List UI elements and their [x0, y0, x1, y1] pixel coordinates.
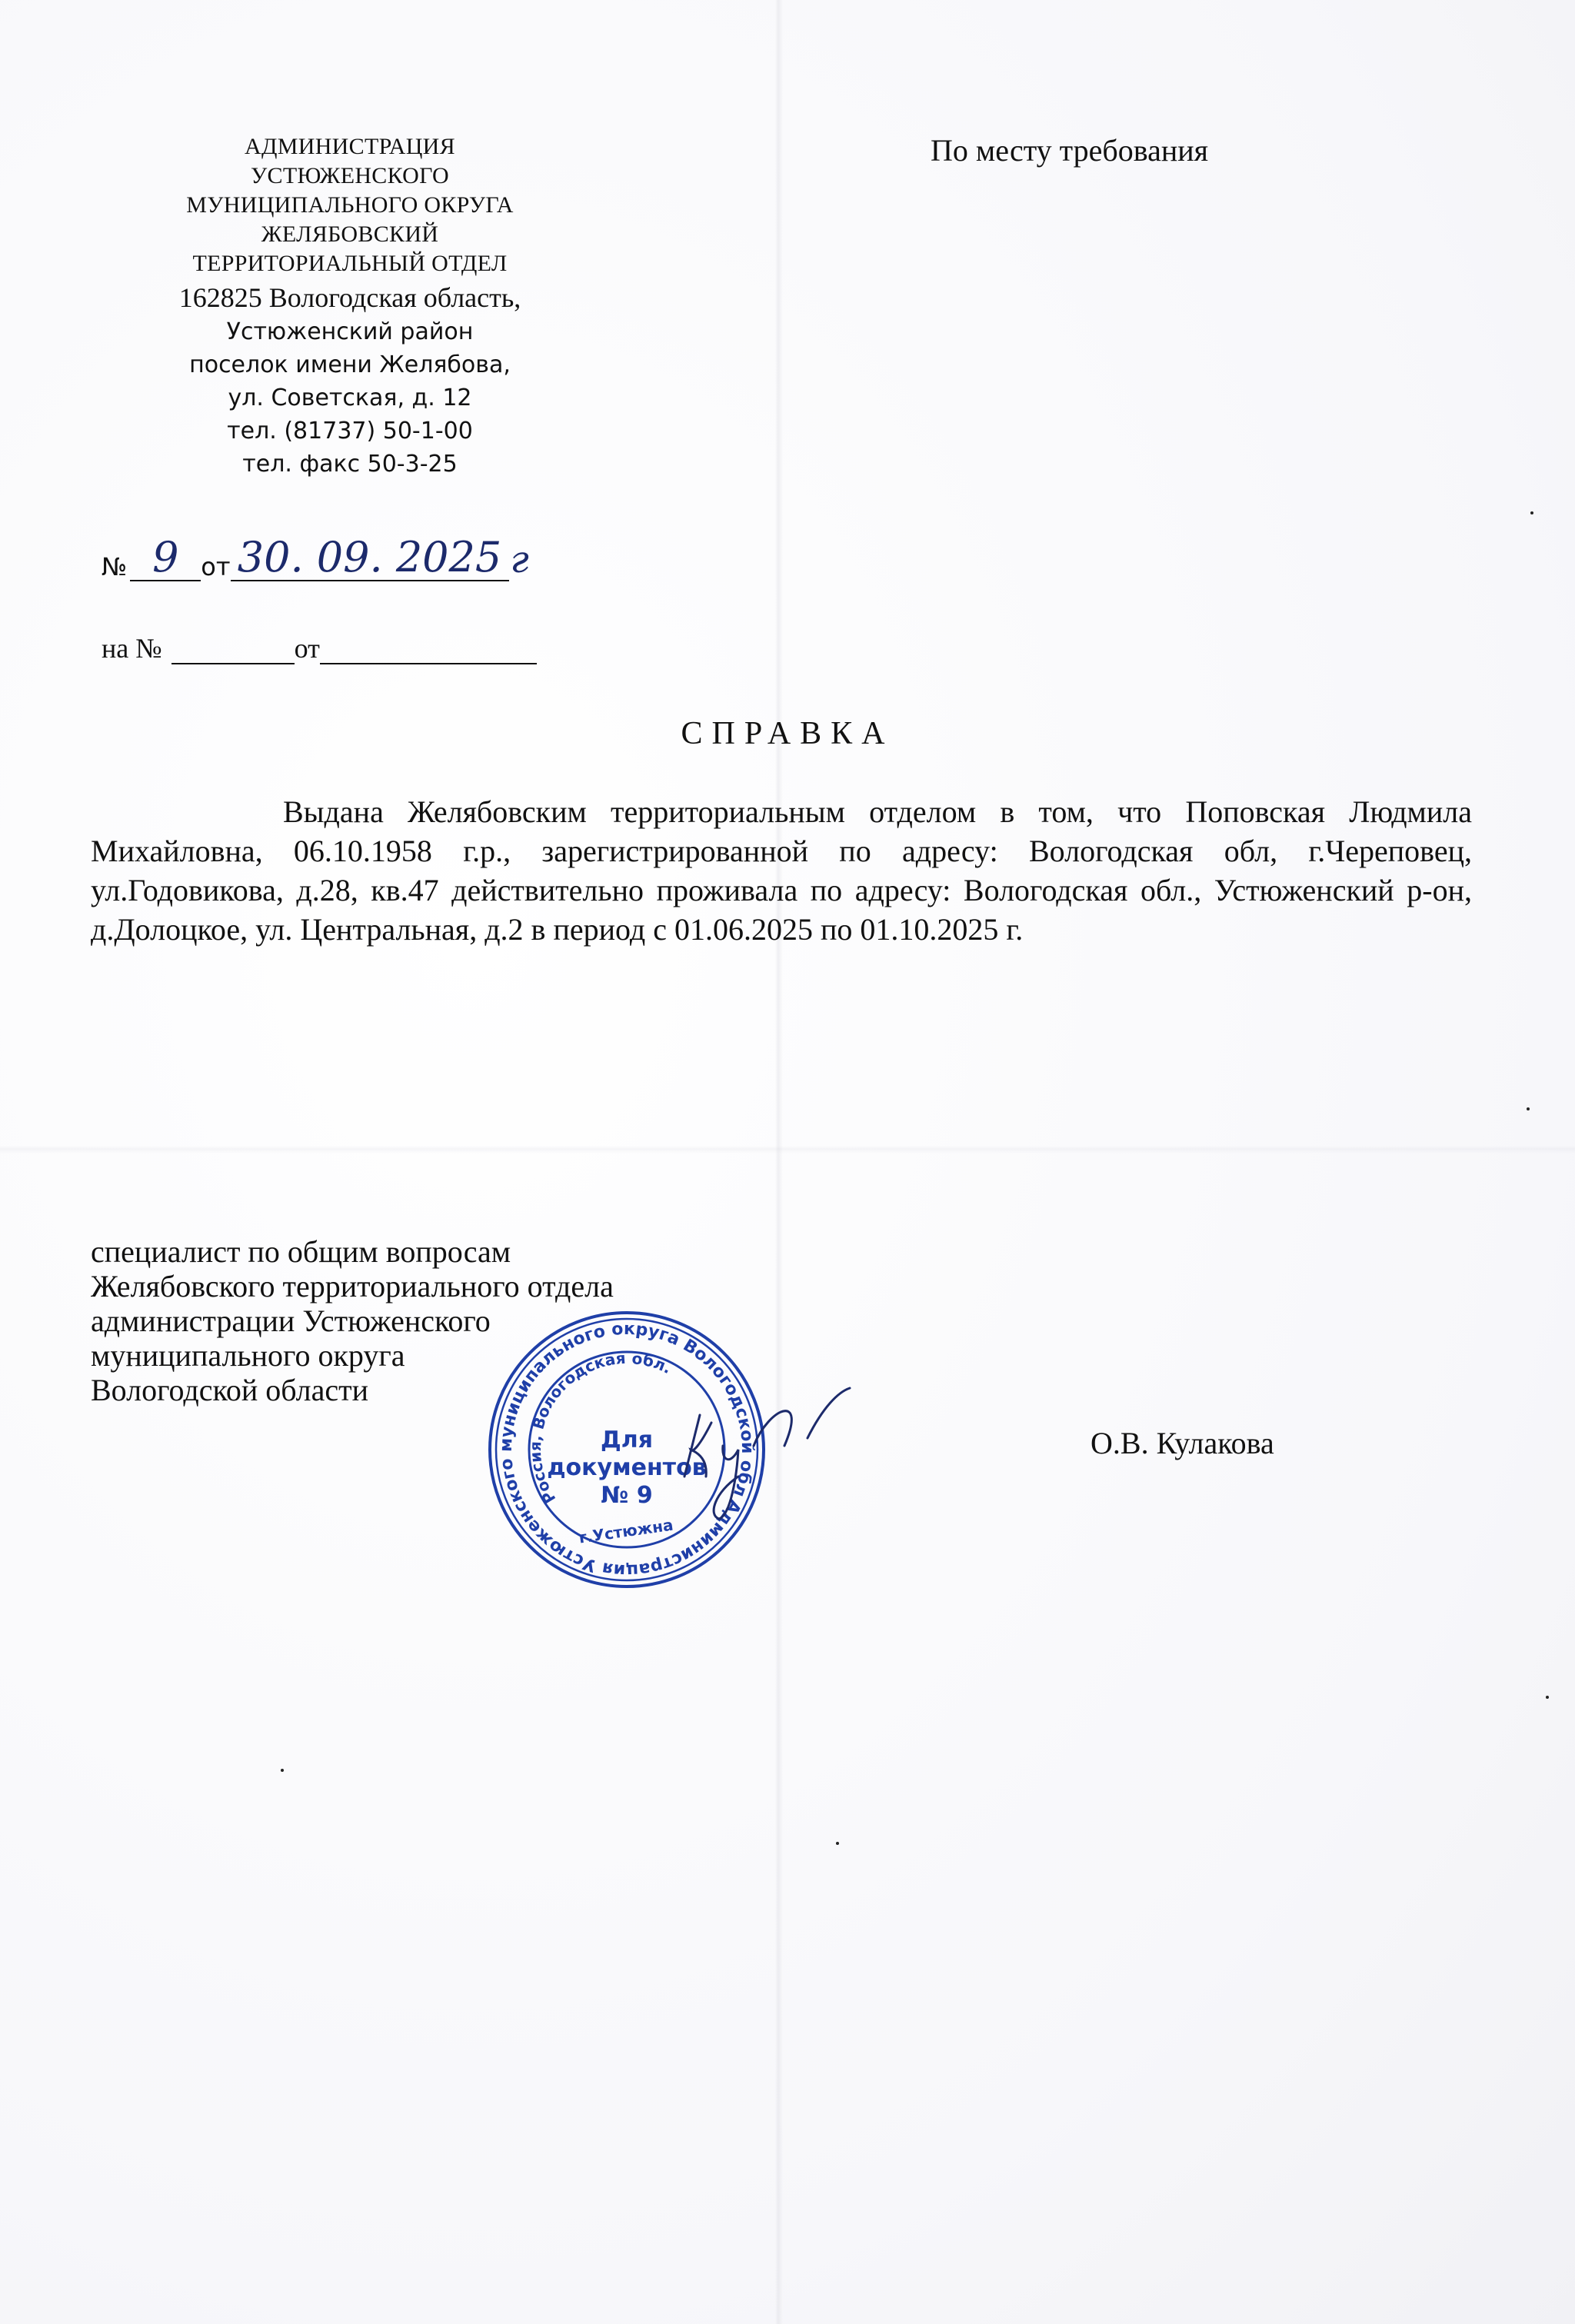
handwritten-signature-icon — [654, 1361, 854, 1538]
fax-line: тел. факс 50-3-25 — [115, 448, 584, 481]
org-line: ЖЕЛЯБОВСКИЙ — [115, 220, 584, 249]
document-body: Выдана Желябовским территориальным отдел… — [91, 792, 1472, 949]
reply-date-field — [320, 635, 537, 664]
reply-number-label: на № — [102, 632, 162, 664]
stamp-center-line: № 9 — [601, 1482, 652, 1509]
registration-line: № 9 от 30. 09. 2025 г — [102, 538, 529, 581]
reply-date-label: от — [295, 632, 320, 664]
address-line: поселок имени Желябова, — [115, 348, 584, 381]
date-field: 30. 09. 2025 — [231, 552, 509, 581]
org-line: МУНИЦИПАЛЬНОГО ОКРУГА — [115, 191, 584, 220]
date-label: от — [201, 552, 230, 581]
org-line: УСТЮЖЕНСКОГО — [115, 161, 584, 191]
org-line: АДМИНИСТРАЦИЯ — [115, 132, 584, 161]
position-line: специалист по общим вопросам — [91, 1234, 614, 1269]
issuer-header: АДМИНИСТРАЦИЯ УСТЮЖЕНСКОГО МУНИЦИПАЛЬНОГ… — [115, 132, 584, 481]
reply-registration-line: на № от — [102, 632, 537, 664]
dust-speck — [281, 1769, 284, 1772]
address-line: ул. Советская, д. 12 — [115, 381, 584, 415]
dust-speck — [836, 1842, 839, 1845]
dust-speck — [1546, 1696, 1549, 1699]
phone-line: тел. (81737) 50-1-00 — [115, 415, 584, 448]
date-value: 30. 09. 2025 — [231, 537, 509, 578]
dust-speck — [1530, 511, 1533, 514]
number-label: № — [102, 552, 127, 581]
org-line: ТЕРРИТОРИАЛЬНЫЙ ОТДЕЛ — [115, 249, 584, 278]
recipient: По месту требования — [931, 132, 1208, 168]
address-line: 162825 Вологодская область, — [115, 280, 584, 315]
reply-number-field — [171, 635, 295, 664]
document-title: СПРАВКА — [0, 715, 1575, 752]
position-line: Желябовского территориального отдела — [91, 1269, 614, 1304]
number-field: 9 — [130, 552, 201, 581]
number-value: 9 — [130, 537, 201, 578]
date-suffix: г — [511, 538, 529, 581]
address-line: Устюженский район — [115, 315, 584, 348]
signer-name: О.В. Кулакова — [1091, 1425, 1274, 1461]
stamp-center-line: Для — [601, 1427, 653, 1453]
dust-speck — [1527, 1107, 1530, 1110]
